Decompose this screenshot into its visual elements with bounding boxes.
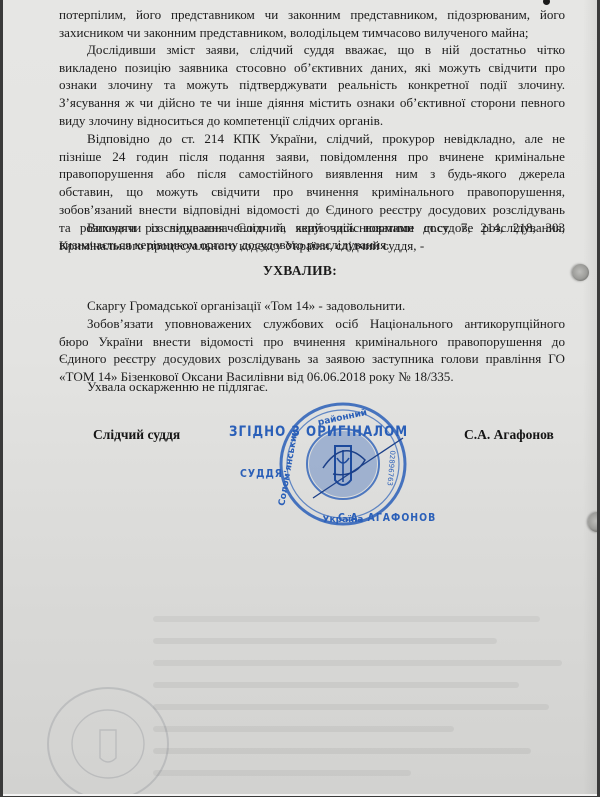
text-line: бюро України внести відомості про вчинен…: [59, 333, 565, 351]
bleed-through-text: [153, 600, 583, 790]
court-seal-icon: районний Україна 02896763 Солом'янський: [273, 398, 413, 530]
ruling-item-obligation: Зобов’язати уповноважених службових осіб…: [59, 315, 565, 386]
text-line: Виходячи із вищезазначеного та керуючись…: [59, 219, 565, 237]
text-line: Скаргу Громадської організації «Том 14» …: [59, 297, 565, 315]
ruling-item-complaint: Скаргу Громадської організації «Том 14» …: [59, 297, 565, 315]
text-line: захисником чи законним представником, во…: [59, 24, 565, 42]
text-line: правопорушення або після самостійного ви…: [59, 165, 565, 183]
text-line: обставин, що можуть свідчити про вчиненн…: [59, 183, 565, 201]
text-line: Дослідивши зміст заяви, слідчий суддя вв…: [59, 41, 565, 59]
ruling-heading: УХВАЛИВ:: [3, 263, 597, 279]
paragraph-continuation: потерпілим, його представником чи законн…: [59, 6, 565, 41]
punch-hole-top: [543, 0, 550, 5]
text-line: Єдиного реєстру досудових розслідувань з…: [59, 350, 565, 368]
paragraph-findings: Дослідивши зміст заяви, слідчий суддя вв…: [59, 41, 565, 130]
text-line: Відповідно до ст. 214 КПК України, слідч…: [59, 130, 565, 148]
text-line: Ухвала оскарженню не підлягає.: [59, 378, 565, 396]
text-line: З’ясування ж чи дійсно те чи інше діяння…: [59, 94, 565, 112]
document-page: потерпілим, його представником чи законн…: [3, 0, 597, 796]
ruling-item-appeal: Ухвала оскарженню не підлягає.: [59, 378, 565, 396]
punch-hole-right: [572, 264, 589, 281]
text-line: зобов’язаний внести відповідні відомості…: [59, 201, 565, 219]
svg-text:02896763: 02896763: [385, 450, 396, 486]
text-line: Кримінального процесуального кодексу Укр…: [59, 237, 565, 255]
text-line: Зобов’язати уповноважених службових осіб…: [59, 315, 565, 333]
text-line: потерпілим, його представником чи законн…: [59, 6, 565, 24]
paragraph-legal-basis: Виходячи із вищезазначеного та керуючись…: [59, 219, 565, 254]
signature-title: Слідчий суддя: [93, 427, 180, 443]
faded-seal-icon: [43, 682, 173, 794]
svg-text:районний: районний: [317, 408, 368, 428]
text-line: виду злочину відноситься до компетенції …: [59, 112, 565, 130]
text-line: викладено позицію заявника стосовно об’є…: [59, 59, 565, 77]
text-line: пізніше 24 годин після подання заяви, по…: [59, 148, 565, 166]
svg-text:Україна: Україна: [323, 515, 364, 525]
text-line: ознаки злочину та можуть підтверджувати …: [59, 76, 565, 94]
page-edge-shadow: [583, 0, 597, 794]
signature-name: С.А. Агафонов: [464, 427, 554, 443]
